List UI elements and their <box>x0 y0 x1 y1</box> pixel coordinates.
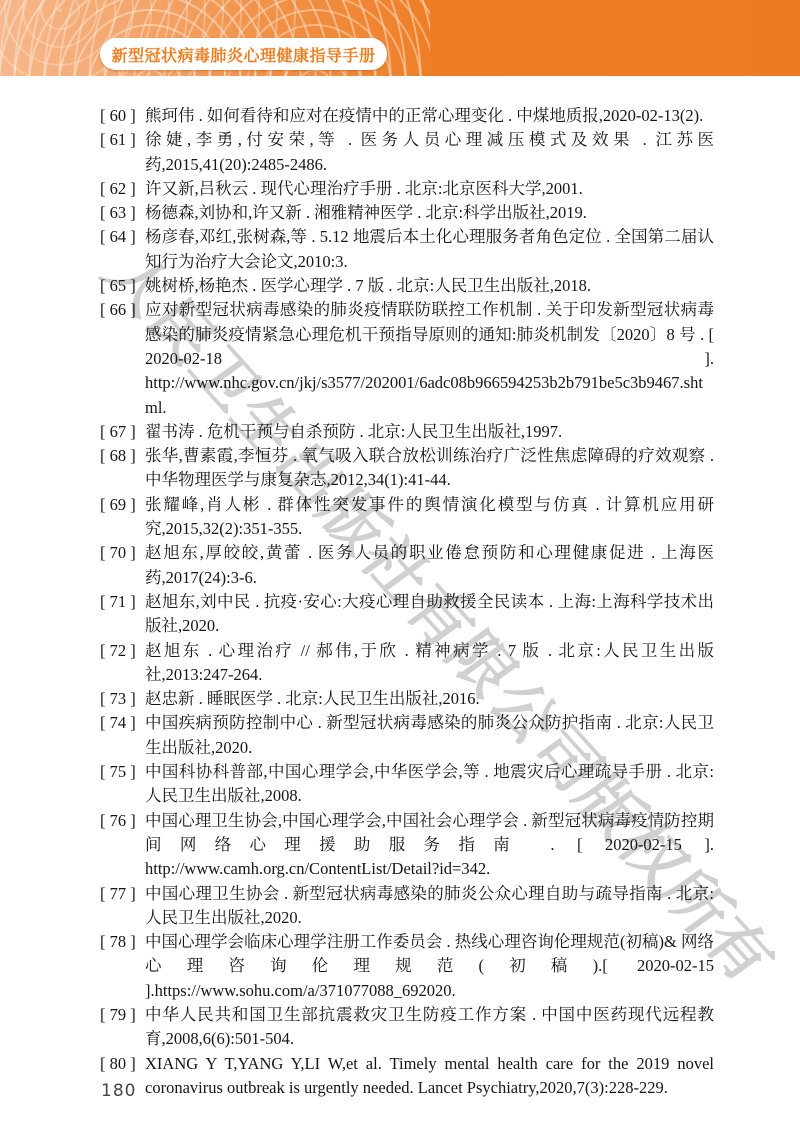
reference-item: [ 67 ] 翟书涛 . 危机干预与自杀预防 . 北京:人民卫生出版社,1997… <box>100 420 714 444</box>
reference-number: [ 69 ] <box>100 493 136 517</box>
reference-text: 赵旭东,厚皎皎,黄蕾 . 医务人员的职业倦怠预防和心理健康促进 . 上海医药,2… <box>145 543 714 586</box>
reference-text: 中国心理卫生协会,中国心理学会,中国社会心理学会 . 新型冠状病毒疫情防控期间网… <box>145 811 714 879</box>
reference-item: [ 65 ] 姚树桥,杨艳杰 . 医学心理学 . 7 版 . 北京:人民卫生出版… <box>100 274 714 298</box>
reference-number: [ 64 ] <box>100 225 136 249</box>
reference-number: [ 76 ] <box>100 809 136 833</box>
reference-item: [ 63 ] 杨德森,刘协和,许又新 . 湘雅精神医学 . 北京:科学出版社,2… <box>100 201 714 225</box>
reference-item: [ 69 ] 张耀峰,肖人彬 . 群体性突发事件的舆情演化模型与仿真 . 计算机… <box>100 493 714 542</box>
reference-item: [ 64 ] 杨彦春,邓红,张树森,等 . 5.12 地震后本土化心理服务者角色… <box>100 225 714 274</box>
references-section: [ 60 ] 熊珂伟 . 如何看待和应对在疫情中的正常心理变化 . 中煤地质报,… <box>0 0 800 1140</box>
reference-text: 熊珂伟 . 如何看待和应对在疫情中的正常心理变化 . 中煤地质报,2020-02… <box>145 106 703 125</box>
reference-text: XIANG Y T,YANG Y,LI W,et al. Timely ment… <box>145 1054 714 1097</box>
reference-number: [ 71 ] <box>100 590 136 614</box>
reference-item: [ 78 ] 中国心理学会临床心理学注册工作委员会 . 热线心理咨询伦理规范(初… <box>100 930 714 1003</box>
reference-number: [ 72 ] <box>100 639 136 663</box>
reference-number: [ 62 ] <box>100 177 136 201</box>
reference-number: [ 63 ] <box>100 201 136 225</box>
reference-item: [ 62 ] 许又新,吕秋云 . 现代心理治疗手册 . 北京:北京医科大学,20… <box>100 177 714 201</box>
reference-number: [ 61 ] <box>100 128 136 152</box>
reference-number: [ 80 ] <box>100 1052 136 1076</box>
reference-item: [ 80 ] XIANG Y T,YANG Y,LI W,et al. Time… <box>100 1052 714 1101</box>
reference-item: [ 70 ] 赵旭东,厚皎皎,黄蕾 . 医务人员的职业倦怠预防和心理健康促进 .… <box>100 541 714 590</box>
reference-text: 中国疾病预防控制中心 . 新型冠状病毒感染的肺炎公众防护指南 . 北京:人民卫生… <box>145 713 714 756</box>
reference-text: 赵旭东,刘中民 . 抗疫·安心:大疫心理自助救援全民读本 . 上海:上海科学技术… <box>145 592 714 635</box>
reference-number: [ 77 ] <box>100 882 136 906</box>
reference-text: 杨彦春,邓红,张树森,等 . 5.12 地震后本土化心理服务者角色定位 . 全国… <box>145 227 714 270</box>
reference-item: [ 60 ] 熊珂伟 . 如何看待和应对在疫情中的正常心理变化 . 中煤地质报,… <box>100 104 714 128</box>
reference-text: 许又新,吕秋云 . 现代心理治疗手册 . 北京:北京医科大学,2001. <box>145 179 583 198</box>
reference-number: [ 65 ] <box>100 274 136 298</box>
reference-text: 杨德森,刘协和,许又新 . 湘雅精神医学 . 北京:科学出版社,2019. <box>145 203 587 222</box>
reference-text: 中华人民共和国卫生部抗震救灾卫生防疫工作方案 . 中国中医药现代远程教育,200… <box>145 1005 714 1048</box>
reference-item: [ 68 ] 张华,曹素霞,李恒芬 . 氧气吸入联合放松训练治疗广泛性焦虑障碍的… <box>100 444 714 493</box>
reference-number: [ 75 ] <box>100 760 136 784</box>
reference-number: [ 66 ] <box>100 298 136 322</box>
reference-text: 张华,曹素霞,李恒芬 . 氧气吸入联合放松训练治疗广泛性焦虑障碍的疗效观察 . … <box>145 446 714 489</box>
reference-item: [ 66 ] 应对新型冠状病毒感染的肺炎疫情联防联控工作机制 . 关于印发新型冠… <box>100 298 714 419</box>
reference-number: [ 67 ] <box>100 420 136 444</box>
reference-number: [ 79 ] <box>100 1003 136 1027</box>
reference-text: 翟书涛 . 危机干预与自杀预防 . 北京:人民卫生出版社,1997. <box>145 422 562 441</box>
reference-item: [ 75 ] 中国科协科普部,中国心理学会,中华医学会,等 . 地震灾后心理疏导… <box>100 760 714 809</box>
reference-text: 张耀峰,肖人彬 . 群体性突发事件的舆情演化模型与仿真 . 计算机应用研究,20… <box>145 495 714 538</box>
reference-item: [ 73 ] 赵忠新 . 睡眠医学 . 北京:人民卫生出版社,2016. <box>100 687 714 711</box>
reference-item: [ 71 ] 赵旭东,刘中民 . 抗疫·安心:大疫心理自助救援全民读本 . 上海… <box>100 590 714 639</box>
reference-item: [ 72 ] 赵旭东 . 心理治疗 // 郝伟,于欣 . 精神病学 . 7 版 … <box>100 639 714 688</box>
reference-text: 应对新型冠状病毒感染的肺炎疫情联防联控工作机制 . 关于印发新型冠状病毒感染的肺… <box>145 300 714 416</box>
page-number: 180 <box>101 1081 136 1101</box>
reference-text: 中国科协科普部,中国心理学会,中华医学会,等 . 地震灾后心理疏导手册 . 北京… <box>145 762 714 805</box>
reference-number: [ 73 ] <box>100 687 136 711</box>
reference-item: [ 77 ] 中国心理卫生协会 . 新型冠状病毒感染的肺炎公众心理自助与疏导指南… <box>100 882 714 931</box>
reference-text: 中国心理学会临床心理学注册工作委员会 . 热线心理咨询伦理规范(初稿)& 网络心… <box>145 932 714 1000</box>
reference-number: [ 60 ] <box>100 104 136 128</box>
reference-number: [ 70 ] <box>100 541 136 565</box>
reference-number: [ 74 ] <box>100 711 136 735</box>
reference-text: 中国心理卫生协会 . 新型冠状病毒感染的肺炎公众心理自助与疏导指南 . 北京:人… <box>145 884 714 927</box>
reference-text: 姚树桥,杨艳杰 . 医学心理学 . 7 版 . 北京:人民卫生出版社,2018. <box>145 276 591 295</box>
reference-text: 赵旭东 . 心理治疗 // 郝伟,于欣 . 精神病学 . 7 版 . 北京:人民… <box>145 641 714 684</box>
reference-item: [ 79 ] 中华人民共和国卫生部抗震救灾卫生防疫工作方案 . 中国中医药现代远… <box>100 1003 714 1052</box>
reference-item: [ 61 ] 徐婕,李勇,付安荣,等 . 医务人员心理减压模式及效果 . 江苏医… <box>100 128 714 177</box>
reference-item: [ 74 ] 中国疾病预防控制中心 . 新型冠状病毒感染的肺炎公众防护指南 . … <box>100 711 714 760</box>
reference-text: 徐婕,李勇,付安荣,等 . 医务人员心理减压模式及效果 . 江苏医药,2015,… <box>145 130 714 173</box>
reference-text: 赵忠新 . 睡眠医学 . 北京:人民卫生出版社,2016. <box>145 689 480 708</box>
book-page: 新型冠状病毒肺炎心理健康指导手册 人民卫生出版社有限公司版权所有 [ 60 ] … <box>0 0 800 1140</box>
reference-number: [ 78 ] <box>100 930 136 954</box>
references-list: [ 60 ] 熊珂伟 . 如何看待和应对在疫情中的正常心理变化 . 中煤地质报,… <box>100 104 714 1100</box>
reference-number: [ 68 ] <box>100 444 136 468</box>
reference-item: [ 76 ] 中国心理卫生协会,中国心理学会,中国社会心理学会 . 新型冠状病毒… <box>100 809 714 882</box>
